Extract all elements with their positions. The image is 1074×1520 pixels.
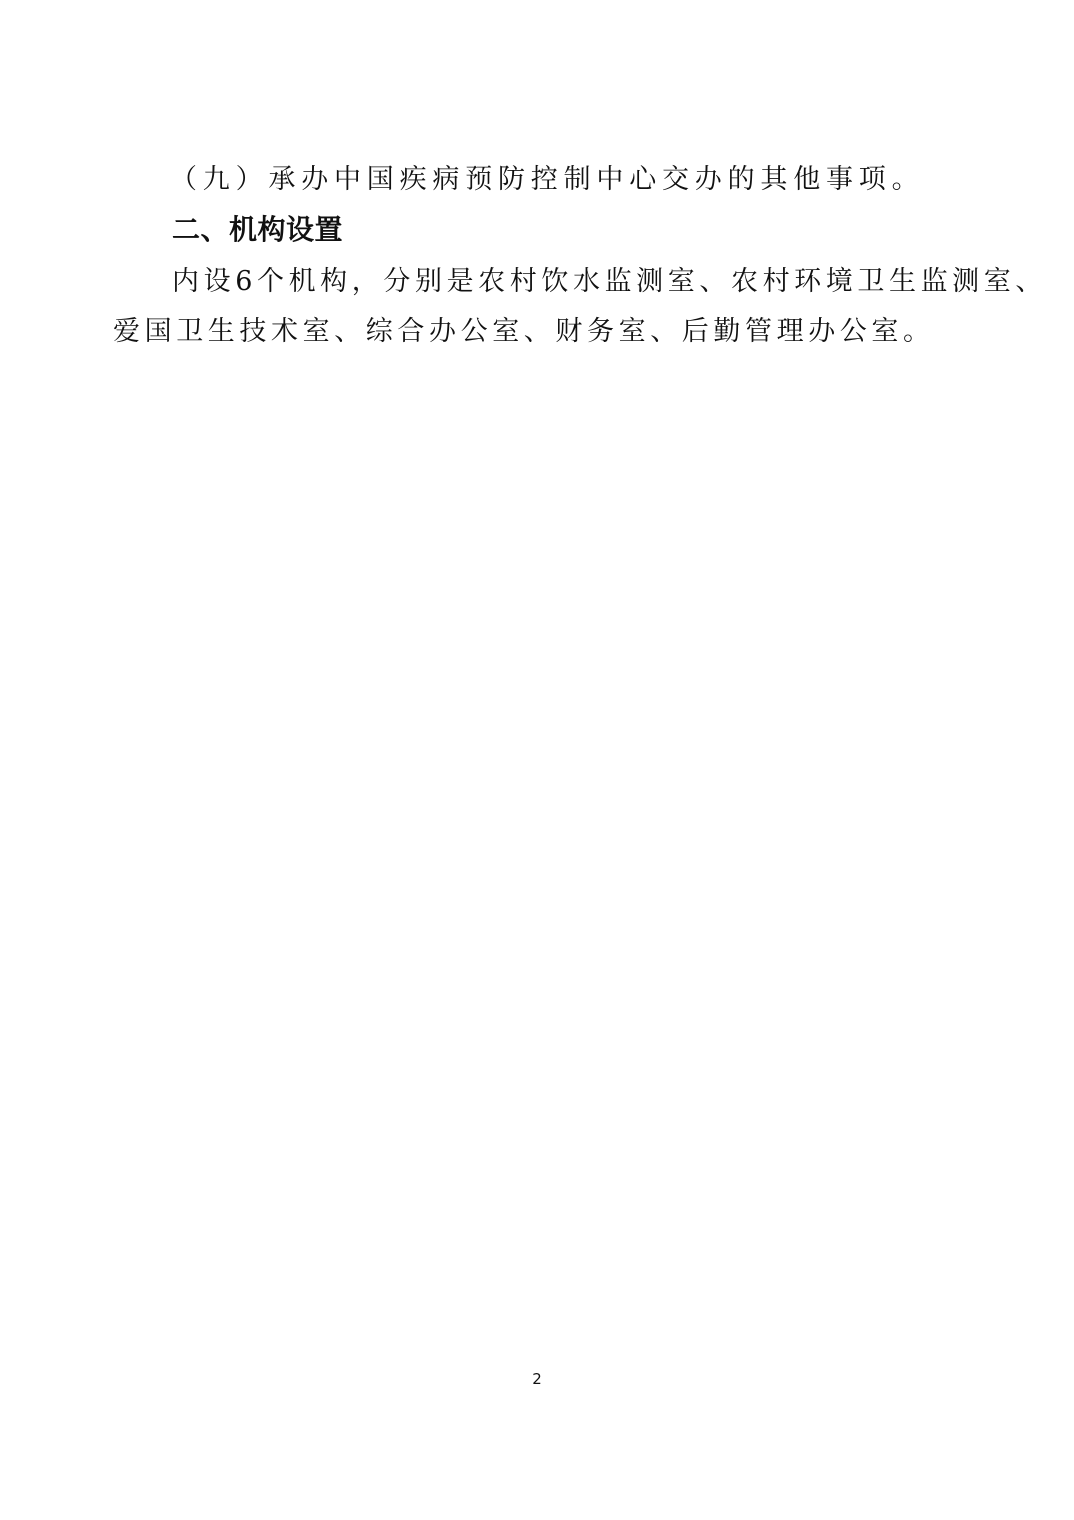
section-body-line-2: 爱国卫生技术室、综合办公室、财务室、后勤管理办公室。	[113, 314, 935, 350]
section-heading-institutions: 二、机构设置	[172, 212, 343, 248]
duty-item-9: （九）承办中国疾病预防控制中心交办的其他事项。	[170, 162, 924, 198]
page-number: 2	[0, 1370, 1074, 1388]
section-body-line-1: 内设6个机构，分别是农村饮水监测室、农村环境卫生监测室、	[172, 264, 1047, 300]
